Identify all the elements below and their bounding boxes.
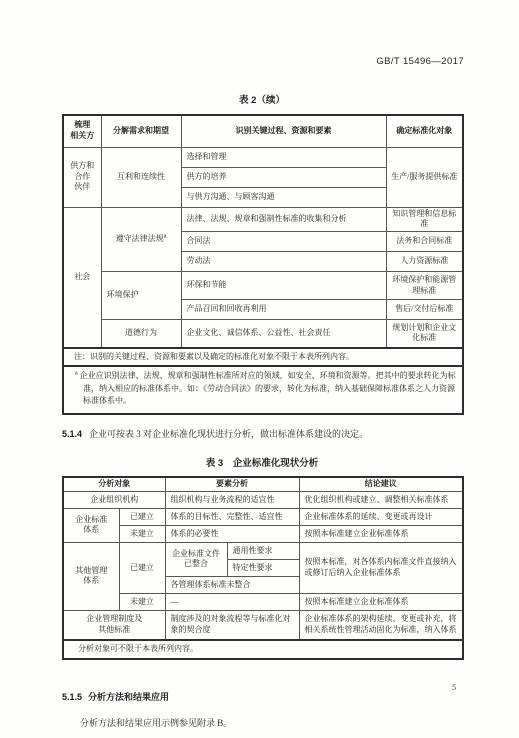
table3-note-row: 分析对象可不限于本表所列内容。 [63,640,463,659]
cell-oms-built-conclusion: 按照本标准，对各体系内标准文件直接纳入或修订后纳入企业标准体系 [299,542,463,593]
table-row: 供方和 合作 伙伴 互利和连续性 选择和管理 生产/服务提供标准 [63,147,463,167]
cell-ses-object: 企业标准 体系 [63,508,119,542]
cell-ems-object: 企业管理制度及 其他标准 [63,610,165,640]
table2-header-row: 梳理 相关方 分解需求和期望 识别关键过程、资源和要素 确定标准化对象 [63,115,463,147]
cell-org-analysis: 组织机构与业务流程的适宜性 [165,491,299,508]
cell-law-o1: 知识管理和信息标准 [386,207,463,232]
table-row: 企业标准 体系 已建立 体系的目标性、完整性、适宜性 企业标准体系的延续、变更或… [63,508,463,525]
footnote-text: 企业应识别法律、法规、规章和强制性标准所对应的领域，如安全、环境和资源等。把其中… [80,371,456,405]
cell-supplier-p2: 供方的培养 [181,167,386,187]
standard-code: GB/T 15496—2017 [376,56,464,67]
page-number: 5 [452,683,456,692]
cell-supplier-party: 供方和 合作 伙伴 [63,147,101,207]
clause-text: 企业可按表 3 对企业标准化现状进行分析，做出标准体系建设的决定。 [89,429,368,439]
cell-society-party: 社会 [63,207,101,348]
cell-oms-unbuilt-conclusion: 按照本标准建立企业标准体系 [299,593,463,610]
table-row: 道德行为 企业文化、诚信体系、公益性、社会责任 规划计划和企业文化标准 [63,320,463,348]
table3-title: 表 3 企业标准化现状分析 [62,455,462,469]
cell-oms-unbuilt-status: 未建立 [119,593,165,610]
table2-footnote-row: a 企业应识别法律、法规、规章和强制性标准所对应的领域，如安全、环境和资源等。把… [63,366,463,413]
table-2: 梳理 相关方 分解需求和期望 识别关键过程、资源和要素 确定标准化对象 供方和 … [62,114,464,415]
cell-ems-conclusion: 企业标准体系的架构延续、变更或补充，将相关系统性管理活动固化为标准，纳入体系 [299,610,463,640]
table2-title: 表 2（续） [62,92,462,106]
table2-note-row: 注：识别的关键过程、资源和要素以及确定的标准化对象不限于本表所列内容。 [63,348,463,367]
cell-law-p2: 合同法 [181,232,386,252]
cell-env-p1: 环保和节能 [181,272,386,300]
cell-ethic-demand: 道德行为 [101,320,181,348]
table-row: 企业管理制度及 其他标准 制度涉及的对象流程等与标准化对象的契合度 企业标准体系… [63,610,463,640]
table-row: 未建立 体系的必要性 按照本标准建立企业标准体系 [63,525,463,542]
clause-5-1-4: 5.1.4企业可按表 3 对企业标准化现状进行分析，做出标准体系建设的决定。 [62,428,462,441]
table3-header-row: 分析对象 要素分析 结论建议 [63,477,463,491]
clause-number: 5.1.5 [62,692,82,702]
cell-law-p1: 法律、法规、规章和强制性标准的收集和分析 [181,207,386,232]
cell-org-object: 企业组织机构 [63,491,165,508]
footnote-marker: a [164,233,167,239]
cell-env-demand: 环境保护 [101,272,181,320]
table2-footnote: a 企业应识别法律、法规、规章和强制性标准所对应的领域，如安全、环境和资源等。把… [72,370,456,407]
cell-ses-built-status: 已建立 [119,508,165,525]
table3-header-conclusion: 结论建议 [299,477,463,491]
document-page: GB/T 15496—2017 表 2（续） 梳理 相关方 分解需求和期望 识别… [0,0,519,738]
cell-org-conclusion: 优化组织机构或建立、调整相关标准体系 [299,491,463,508]
cell-ses-built-analysis: 体系的目标性、完整性、适宜性 [165,508,299,525]
law-demand-text: 遵守法律法规 [116,234,164,243]
cell-env-p2: 产品召回和回收再利用 [181,300,386,320]
table2-header-process: 识别关键过程、资源和要素 [181,115,386,147]
clause-title: 分析方法和结果应用 [88,692,169,702]
table-row: 未建立 — 按照本标准建立企业标准体系 [63,593,463,610]
cell-oms-specific: 特定性要求 [227,559,299,576]
cell-supplier-p3: 与供方沟通、与顾客沟通 [181,187,386,207]
clause-5-1-5-heading: 5.1.5分析方法和结果应用 [62,690,462,703]
cell-oms-object: 其他管理 体系 [63,542,119,610]
clause-number: 5.1.4 [62,429,82,439]
table-3: 分析对象 要素分析 结论建议 企业组织机构 组织机构与业务流程的适宜性 优化组织… [62,476,464,660]
table-row: 企业组织机构 组织机构与业务流程的适宜性 优化组织机构或建立、调整相关标准体系 [63,491,463,508]
cell-oms-integrated: 企业标准文件 已整合 [165,542,227,576]
cell-law-o3: 人力资源标准 [386,252,463,272]
clause-5-1-5-body: 分析方法和结果应用示例参见附录 B。 [62,716,462,729]
table2-header-object: 确定标准化对象 [386,115,463,147]
cell-oms-unbuilt-analysis: — [165,593,299,610]
cell-law-demand: 遵守法律法规a [101,207,181,272]
table2-header-relparty: 梳理 相关方 [63,115,101,147]
cell-ses-unbuilt-analysis: 体系的必要性 [165,525,299,542]
cell-ems-analysis: 制度涉及的对象流程等与标准化对象的契合度 [165,610,299,640]
cell-oms-general: 通用性要求 [227,542,299,559]
footnote-marker: a [75,371,78,377]
cell-ethic-o1: 规划计划和企业文化标准 [386,320,463,348]
cell-supplier-obj: 生产/服务提供标准 [386,147,463,207]
cell-ses-unbuilt-conclusion: 按照本标准建立企业标准体系 [299,525,463,542]
cell-env-o2: 售后/交付后标准 [386,300,463,320]
cell-ses-unbuilt-status: 未建立 [119,525,165,542]
table3-header-object: 分析对象 [63,477,165,491]
cell-law-o2: 法务和合同标准 [386,232,463,252]
cell-env-o1: 环境保护和能源管理标准 [386,272,463,300]
cell-law-p3: 劳动法 [181,252,386,272]
table3-note: 分析对象可不限于本表所列内容。 [63,640,463,659]
cell-ses-built-conclusion: 企业标准体系的延续、变更或再设计 [299,508,463,525]
cell-oms-not-integrated: 各管理体系标准未整合 [165,576,299,593]
table2-footnote-cell: a 企业应识别法律、法规、规章和强制性标准所对应的领域，如安全、环境和资源等。把… [63,366,463,413]
cell-ethic-p1: 企业文化、诚信体系、公益性、社会责任 [181,320,386,348]
cell-supplier-p1: 选择和管理 [181,147,386,167]
cell-supplier-demand: 互利和连续性 [101,147,181,207]
table3-header-analysis: 要素分析 [165,477,299,491]
table-row: 环境保护 环保和节能 环境保护和能源管理标准 [63,272,463,300]
table-row: 社会 遵守法律法规a 法律、法规、规章和强制性标准的收集和分析 知识管理和信息标… [63,207,463,232]
cell-oms-built-status: 已建立 [119,542,165,593]
table-row: 其他管理 体系 已建立 企业标准文件 已整合 通用性要求 按照本标准，对各体系内… [63,542,463,559]
table2-header-demand: 分解需求和期望 [101,115,181,147]
table2-note: 注：识别的关键过程、资源和要素以及确定的标准化对象不限于本表所列内容。 [63,348,463,367]
